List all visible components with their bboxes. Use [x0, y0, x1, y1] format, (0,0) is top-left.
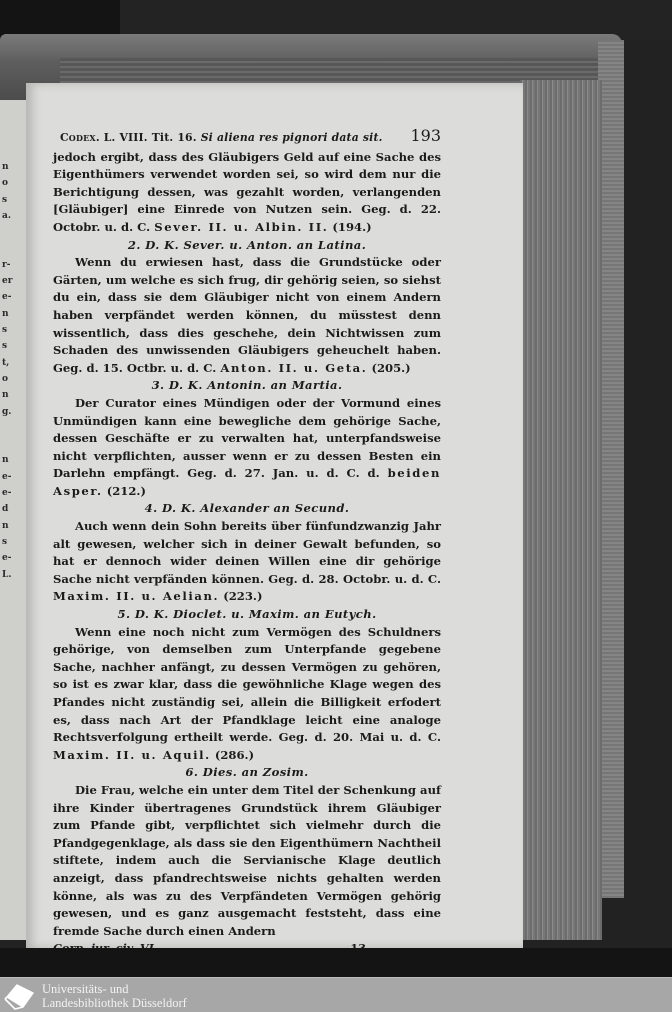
section-consuls: Maxim. II. u. Aelian.: [53, 589, 219, 603]
section-paragraph: Der Curator eines Mündigen oder der Vorm…: [53, 395, 441, 501]
left-page-line-fragment: n: [2, 521, 9, 531]
section-ref: (212.): [107, 484, 146, 498]
book-title-ref: L. VIII. Tit. 16.: [104, 131, 197, 144]
codex-label: Codex: [60, 131, 96, 144]
section-text: Der Curator eines Mündigen oder der Vorm…: [53, 396, 441, 480]
section-heading: 3. D. K. Antonin. an Martia.: [53, 377, 441, 395]
section-heading: 5. D. K. Dioclet. u. Maxim. an Eutych.: [53, 606, 441, 624]
section-paragraph: Auch wenn dein Sohn bereits über fünfund…: [53, 518, 441, 606]
library-footer-banner[interactable]: Universitäts- und Landesbibliothek Düsse…: [0, 977, 672, 1012]
library-name-line2: Landesbibliothek Düsseldorf: [42, 996, 187, 1010]
section-heading: 4. D. K. Alexander an Secund.: [53, 500, 441, 518]
left-page-line-fragment: s: [2, 341, 7, 351]
left-page-line-fragment: t,: [2, 358, 9, 368]
library-name: Universitäts- und Landesbibliothek Düsse…: [42, 982, 187, 1010]
section-text: Wenn eine noch nicht zum Vermögen des Sc…: [53, 625, 441, 745]
left-page-line-fragment: e-: [2, 488, 11, 498]
section-text: Wenn du erwiesen hast, dass die Grundstü…: [53, 255, 441, 375]
section-heading: 2. D. K. Sever. u. Anton. an Latina.: [53, 237, 441, 255]
previous-page-fragment: nosa.r-ere-nsst,ong.ne-e-dnse-L.: [0, 100, 28, 940]
left-page-line-fragment: a.: [2, 211, 11, 221]
section-ref: (286.): [215, 748, 254, 762]
left-page-line-fragment: o: [2, 374, 8, 384]
left-page-line-fragment: s: [2, 325, 7, 335]
page-fore-edge: [520, 80, 602, 940]
section-text: Die Frau, welche ein unter dem Titel der…: [53, 783, 441, 938]
left-page-line-fragment: n: [2, 162, 9, 172]
left-page-line-fragment: L.: [2, 570, 11, 580]
left-page-line-fragment: s: [2, 537, 7, 547]
left-page-line-fragment: e-: [2, 472, 11, 482]
section-paragraph: Wenn du erwiesen hast, dass die Grundstü…: [53, 254, 441, 377]
section-heading: 6. Dies. an Zosim.: [53, 764, 441, 782]
book-logo-icon: [3, 981, 37, 1011]
left-page-line-fragment: d: [2, 504, 8, 514]
title-italic: Si aliena res pignori data sit.: [201, 131, 383, 144]
section-paragraph: Wenn eine noch nicht zum Vermögen des Sc…: [53, 624, 441, 765]
section-ref: (205.): [371, 361, 410, 375]
left-page-line-fragment: e-: [2, 553, 11, 563]
section-ref: (223.): [223, 589, 262, 603]
running-head-title: Codex. L. VIII. Tit. 16. Si aliena res p…: [60, 129, 383, 147]
left-page-line-fragment: s: [2, 195, 7, 205]
intro-ref: (194.): [332, 220, 371, 234]
library-name-line1: Universitäts- und: [42, 982, 187, 996]
section-consuls: Maxim. II. u. Aquil.: [53, 748, 211, 762]
intro-consuls: Sever. II. u. Albin. II.: [154, 220, 328, 234]
left-page-line-fragment: e-: [2, 292, 11, 302]
intro-paragraph: jedoch ergibt, dass des Gläubigers Geld …: [53, 149, 441, 237]
book-page: Codex. L. VIII. Tit. 16. Si aliena res p…: [26, 83, 523, 948]
section-paragraph: Die Frau, welche ein unter dem Titel der…: [53, 782, 441, 940]
book-shadow: [0, 948, 672, 977]
running-head: Codex. L. VIII. Tit. 16. Si aliena res p…: [60, 127, 441, 147]
left-page-line-fragment: er: [2, 276, 12, 286]
left-page-line-fragment: r-: [2, 260, 10, 270]
left-page-line-fragment: n: [2, 390, 9, 400]
left-page-line-fragment: n: [2, 455, 9, 465]
left-page-line-fragment: g.: [2, 407, 11, 417]
section-consuls: Anton. II. u. Geta.: [220, 361, 367, 375]
left-page-line-fragment: n: [2, 309, 9, 319]
scanned-book-image: nosa.r-ere-nsst,ong.ne-e-dnse-L. Codex. …: [0, 0, 672, 977]
page-text-block: Codex. L. VIII. Tit. 16. Si aliena res p…: [53, 127, 441, 958]
left-page-line-fragment: o: [2, 178, 8, 188]
page-number: 193: [410, 127, 441, 145]
section-text: Auch wenn dein Sohn bereits über fünfund…: [53, 519, 441, 586]
